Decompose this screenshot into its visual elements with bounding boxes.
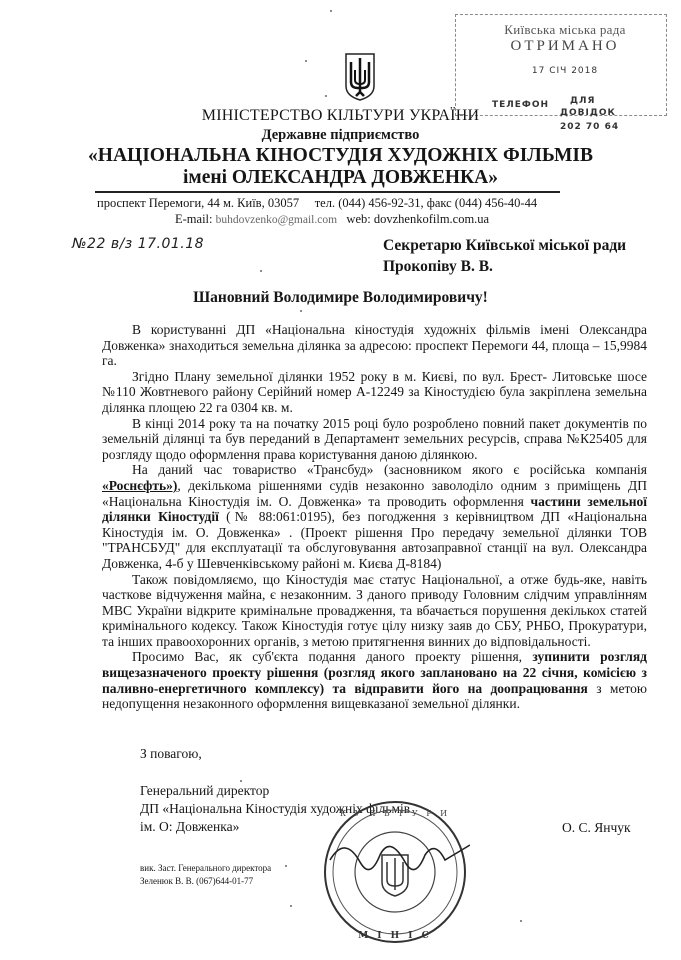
paragraph-documents: В кінці 2014 року та на початку 2015 роц…: [102, 416, 647, 463]
studio-name-line-2: імені ОЛЕКСАНДРА ДОВЖЕНКА»: [0, 167, 681, 189]
trident-coat-of-arms-icon: [344, 52, 376, 102]
stamp-phone-label-for: ДЛЯ: [570, 96, 595, 106]
scan-speck: [290, 905, 292, 907]
address: проспект Перемоги, 44 м. Київ, 03057: [97, 196, 299, 210]
paragraph-land-plot: В користуванні ДП «Національна кіностуді…: [102, 322, 647, 369]
svg-text:М І Н І С: М І Н І С: [358, 931, 432, 941]
closing: З повагою,: [140, 746, 202, 762]
stamp-status: ОТРИМАНО: [475, 38, 655, 55]
signer-title: Генеральний директор: [140, 782, 410, 800]
signer-name: О. С. Янчук: [562, 820, 631, 836]
executor-note: вик. Заст. Генерального директора Зеленю…: [140, 862, 271, 888]
studio-name-line-1: «НАЦІОНАЛЬНА КІНОСТУДІЯ ХУДОЖНІХ ФІЛЬМІВ: [0, 145, 681, 167]
paragraph-national-status: Також повідомляємо, що Кіностудія має ст…: [102, 572, 647, 650]
letter-body: В користуванні ДП «Національна кіностуді…: [102, 322, 647, 712]
contact-line: проспект Перемоги, 44 м. Київ, 03057 тел…: [97, 196, 567, 211]
scan-speck: [305, 60, 307, 62]
paragraph-transbud: На даний час товариство «Трансбуд» (засн…: [102, 462, 647, 571]
ministry-title: МІНІСТЕРСТВО КІЛЬТУРИ УКРАЇНИ: [0, 107, 681, 125]
web-label: web:: [346, 212, 370, 226]
recipient-block: Секретарю Київської міської ради Прокопі…: [383, 235, 626, 277]
scan-speck: [520, 920, 522, 922]
enterprise-type: Державне підприємство: [0, 127, 681, 144]
scan-speck: [325, 95, 327, 97]
official-seal: К У Л Ь Т У Р И М І Н І С: [320, 800, 470, 950]
executor-title: вик. Заст. Генерального директора: [140, 862, 271, 875]
executor-contact: Зеленюк В. В. (067)644-01-77: [140, 875, 271, 888]
recipient-title: Секретарю Київської міської ради: [383, 235, 626, 256]
scan-speck: [330, 10, 332, 12]
letterhead-divider: [95, 191, 560, 193]
scan-speck: [240, 780, 242, 782]
paragraph-plan-1952: Згідно Плану земельної ділянки 1952 року…: [102, 369, 647, 416]
phone-fax: тел. (044) 456-92-31, факс (044) 456-40-…: [315, 196, 537, 210]
rosneft-emphasis: «Роснєфть»): [102, 478, 177, 493]
svg-text:К У Л Ь Т У Р И: К У Л Ь Т У Р И: [340, 809, 450, 818]
scan-speck: [285, 865, 287, 867]
scan-speck: [300, 310, 302, 312]
email-link[interactable]: buhdovzenko@gmail.com: [216, 214, 337, 226]
stamp-date: 17 СІЧ 2018: [475, 66, 655, 76]
outgoing-reference: №22 в/з 17.01.18: [72, 236, 204, 252]
email-label: E-mail:: [175, 212, 213, 226]
recipient-name: Прокопіву В. В.: [383, 256, 626, 277]
paragraph-request: Просимо Вас, як суб'єкта подання даного …: [102, 649, 647, 711]
email-web-line: E-mail: buhdovzenko@gmail.com web: dovzh…: [175, 212, 489, 227]
web-link[interactable]: dovzhenkofilm.com.ua: [374, 212, 489, 226]
scan-speck: [260, 270, 262, 272]
stamp-organization: Київська міська рада: [475, 22, 655, 38]
salutation: Шановний Володимире Володимировичу!: [0, 289, 681, 307]
